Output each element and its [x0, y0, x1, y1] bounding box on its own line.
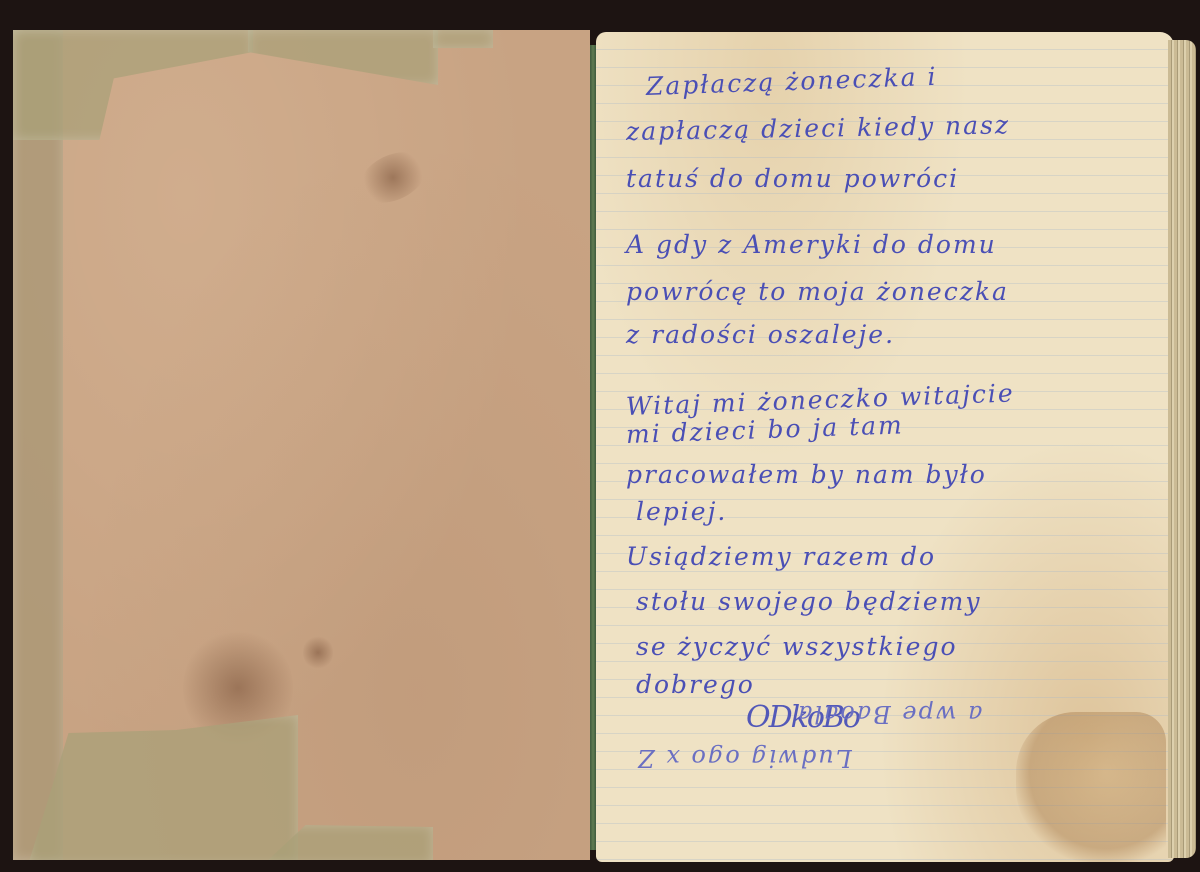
- poem-line: Usiądziemy razem do: [626, 542, 936, 571]
- scanned-notebook: Zapłaczą żoneczka i zapłaczą dzieci kied…: [0, 0, 1200, 872]
- poem-line: lepiej.: [636, 497, 727, 526]
- inside-cover: [13, 30, 590, 860]
- upside-down-text: a wpe Baoala: [796, 700, 982, 728]
- poem-line: tatuś do domu powróci: [626, 164, 959, 193]
- stain-top: [352, 142, 434, 212]
- poem-line: pracowałem by nam było: [626, 460, 987, 489]
- poem-line: z radości oszaleje.: [626, 320, 895, 349]
- poem-line: A gdy z Ameryki do domu: [626, 230, 997, 259]
- water-stain: [1016, 712, 1166, 862]
- tape-left-strip: [13, 30, 63, 860]
- poem-line: Zapłaczą żoneczka i: [645, 62, 937, 101]
- poem-line: zapłaczą dzieci kiedy nasz: [626, 110, 1010, 146]
- ruled-page: Zapłaczą żoneczka i zapłaczą dzieci kied…: [596, 32, 1174, 862]
- poem-line: stołu swojego będziemy: [636, 587, 982, 616]
- page-edges: [1168, 40, 1196, 858]
- stain-small: [303, 635, 333, 670]
- poem-line: powrócę to moja żoneczka: [626, 277, 1009, 306]
- tape-top-right: [248, 30, 438, 85]
- tape-top-left: [13, 30, 253, 140]
- tape-top-strip: [433, 30, 493, 48]
- upside-down-text: Ludwig ogo x Z: [636, 744, 852, 772]
- poem-line: dobrego: [636, 670, 755, 699]
- tape-bottom-left: [28, 715, 298, 860]
- poem-line: se życzyć wszystkiego: [636, 632, 958, 661]
